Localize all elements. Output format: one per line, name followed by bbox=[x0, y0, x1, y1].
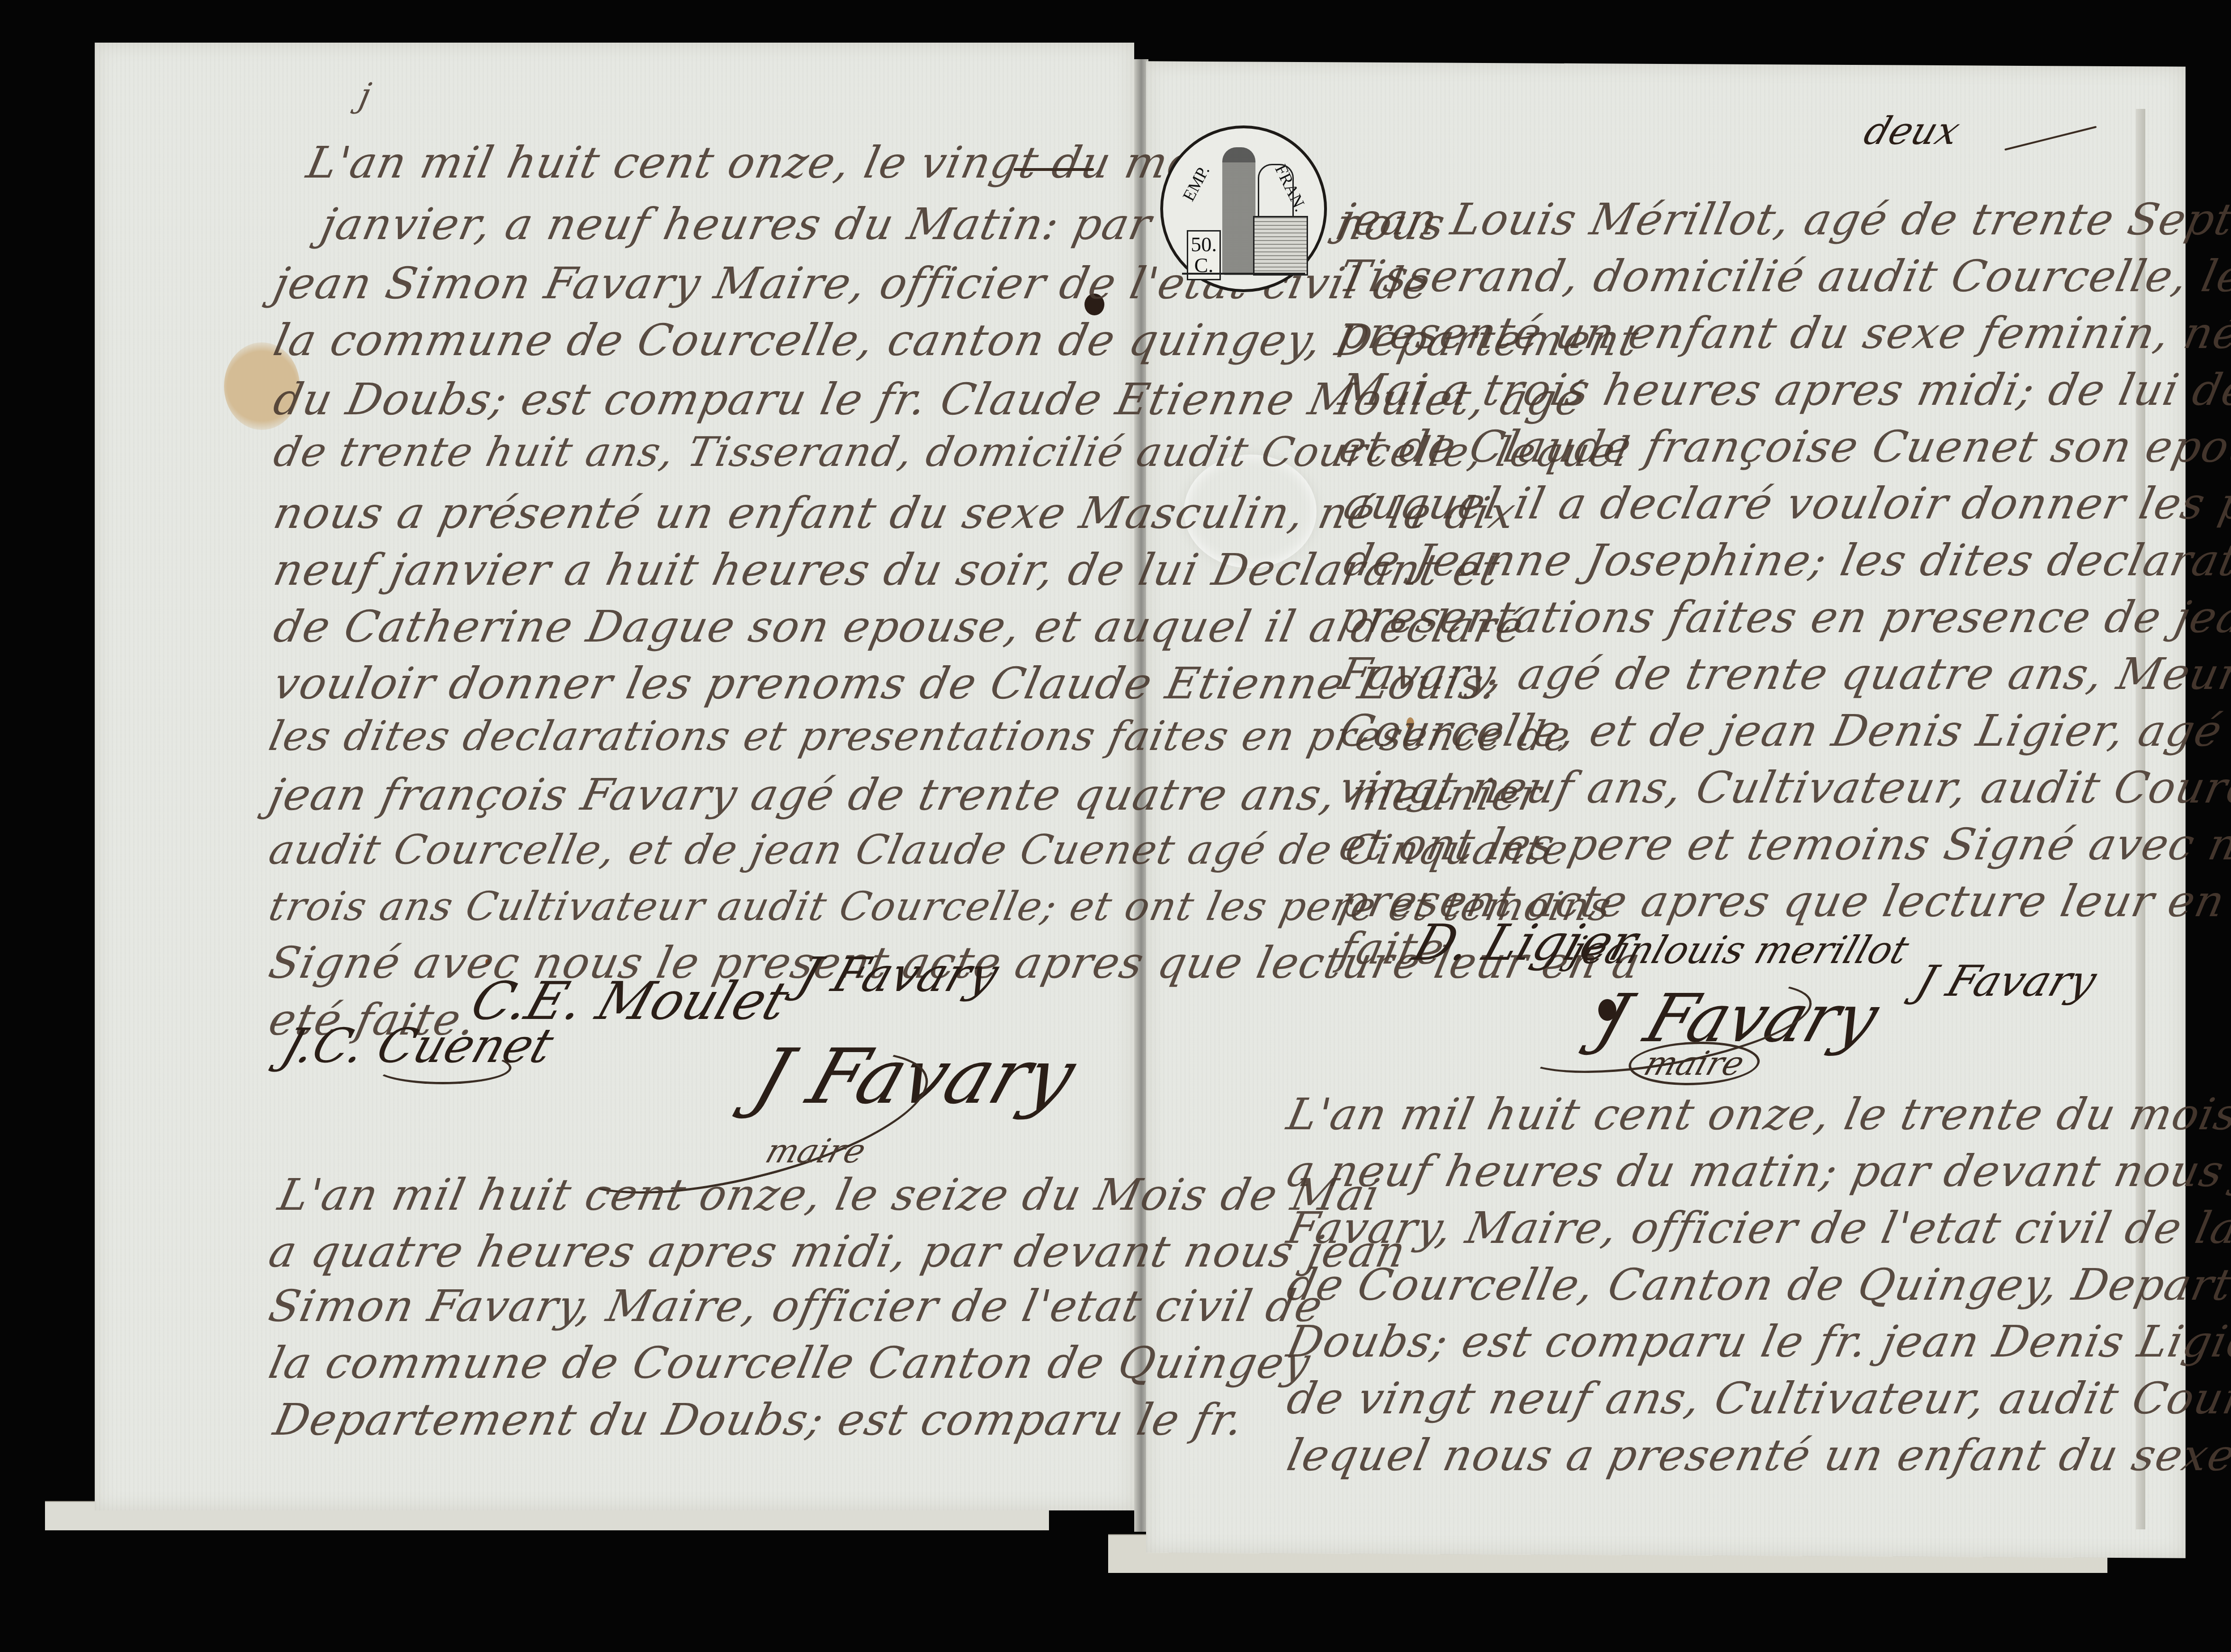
text-line: Favary, Maire, officier de l'etat civil … bbox=[1283, 1203, 2231, 1253]
stamp-base bbox=[1182, 273, 1305, 275]
text-line: presenté un enfant du sexe feminin, né l… bbox=[1335, 308, 2231, 358]
text-line: vingt neuf ans, Cultivateur, audit Courc… bbox=[1335, 762, 2231, 813]
mayor-title: maire bbox=[761, 1132, 871, 1170]
page-annotation: deux bbox=[1859, 109, 1965, 153]
text-line: lequel nous a presenté un enfant du sexe bbox=[1283, 1430, 2231, 1481]
text-line: L'an mil huit cent onze, le trente du mo… bbox=[1283, 1089, 2231, 1140]
text-line: Doubs; est comparu le fr. jean Denis Lig… bbox=[1283, 1316, 2231, 1367]
text-line: auquel il a declaré vouloir donner les p… bbox=[1340, 478, 2231, 529]
text-line: presentations faites en presence de jean… bbox=[1335, 592, 2231, 643]
text-line: et de Claude françoise Cuenet son epouse… bbox=[1335, 421, 2231, 472]
signature-flourish bbox=[374, 1051, 511, 1084]
text-line: Tisserand, domicilié audit Courcelle, le… bbox=[1335, 251, 2231, 302]
text-line: jean Louis Mérillot, agé de trente Sept … bbox=[1335, 194, 2231, 245]
text-line: neuf janvier a huit heures du soir, de l… bbox=[269, 545, 1505, 595]
text-line: vouloir donner les prenoms de Claude Eti… bbox=[269, 658, 1505, 709]
stamp-figure-icon bbox=[1222, 147, 1255, 275]
signature-father-merillot: jeanlouis merillot bbox=[1565, 928, 1914, 972]
text-line: Simon Favary, Maire, officier de l'etat … bbox=[265, 1281, 1328, 1331]
text-line: Departement du Doubs; est comparu le fr. bbox=[269, 1394, 1249, 1445]
text-line: a quatre heures apres midi, par devant n… bbox=[265, 1226, 1411, 1277]
stamp-eagle-icon bbox=[1253, 216, 1308, 276]
stamp-value-number: 50. bbox=[1189, 234, 1219, 255]
text-line: de Courcelle, Canton de Quingey, Departe… bbox=[1283, 1259, 2231, 1310]
signature-witness-favary: J Favary bbox=[1910, 956, 2103, 1006]
signature-witness-favary: J Favary bbox=[791, 947, 1006, 1002]
text-line: Mai a trois heures apres midi; de lui de… bbox=[1335, 365, 2231, 415]
text-line: Favary, agé de trente quatre ans, Meunie… bbox=[1335, 649, 2231, 699]
text-line: nous a présenté un enfant du sexe Mascul… bbox=[269, 488, 1521, 538]
stamp-text-emp: EMP. bbox=[1178, 162, 1213, 204]
text-line: de vingt neuf ans, Cultivateur, audit Co… bbox=[1283, 1373, 2231, 1424]
text-line: Courcelle, et de jean Denis Ligier, agé … bbox=[1335, 705, 2231, 756]
text-line: L'an mil huit cent onze, le seize du Moi… bbox=[274, 1170, 1385, 1220]
line-filler-dash bbox=[1013, 168, 1094, 171]
text-line: de Jeanne Josephine; les dites declarati… bbox=[1340, 535, 2231, 586]
text-line: la commune de Courcelle Canton de Quinge… bbox=[265, 1338, 1316, 1388]
tax-stamp: EMP. FRAN. 50. C. bbox=[1160, 125, 1327, 292]
text-line: a neuf heures du matin; par devant nous … bbox=[1283, 1146, 2231, 1197]
stamp-law-tablets-icon bbox=[1258, 164, 1294, 219]
text-line: et ont les pere et temoins Signé avec no… bbox=[1335, 819, 2231, 870]
text-line: L'an mil huit cent onze, le vingt du moi… bbox=[303, 137, 1309, 188]
